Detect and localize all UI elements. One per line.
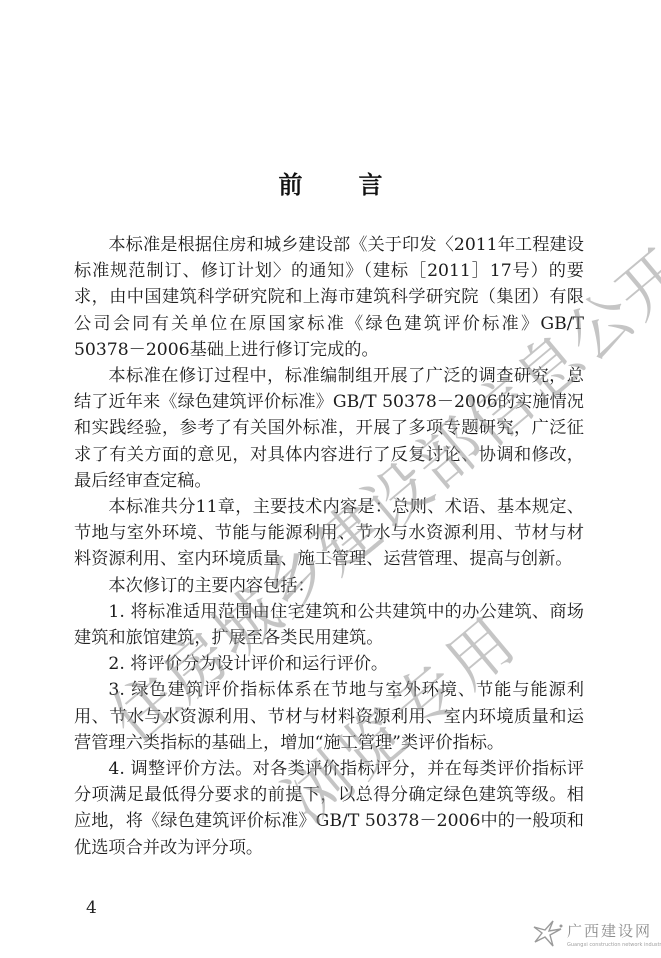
list-item-2: 2. 将评价分为设计评价和运行评价。 (74, 651, 584, 677)
star-logo-icon (533, 920, 563, 948)
list-item-3: 3. 绿色建筑评价指标体系在节地与室外环境、节能与能源利用、节水与水资源利用、节… (74, 677, 584, 756)
page-number: 4 (86, 898, 97, 918)
list-item-4: 4. 调整评价方法。对各类评价指标评分，并在每类评价指标评分项满足最低得分要求的… (74, 756, 584, 861)
page-title: 前言 (0, 165, 661, 200)
paragraph-basis: 本标准是根据住房和城乡建设部《关于印发〈2011年工程建设标准规范制订、修订计划… (74, 232, 584, 363)
title-char-2: 言 (359, 170, 383, 199)
title-char-1: 前 (279, 170, 303, 199)
logo-subtitle: Guangxi construction network industry li… (567, 942, 661, 948)
paragraph-revision-intro: 本次修订的主要内容包括： (74, 573, 584, 599)
document-page: 前言 本标准是根据住房和城乡建设部《关于印发〈2011年工程建设标准规范制订、修… (0, 0, 661, 958)
logo-name: 广西建设网 (567, 920, 652, 941)
list-item-1: 1. 将标准适用范围由住宅建筑和公共建筑中的办公建筑、商场建筑和旅馆建筑，扩展至… (74, 599, 584, 651)
paragraph-contents: 本标准共分11章，主要技术内容是：总则、术语、基本规定、节地与室外环境、节能与能… (74, 494, 584, 573)
paragraph-process: 本标准在修订过程中，标准编制组开展了广泛的调查研究，总结了近年来《绿色建筑评价标… (74, 363, 584, 494)
body-text: 本标准是根据住房和城乡建设部《关于印发〈2011年工程建设标准规范制订、修订计划… (74, 232, 584, 861)
site-logo: 广西建设网 Guangxi construction network indus… (533, 918, 659, 954)
